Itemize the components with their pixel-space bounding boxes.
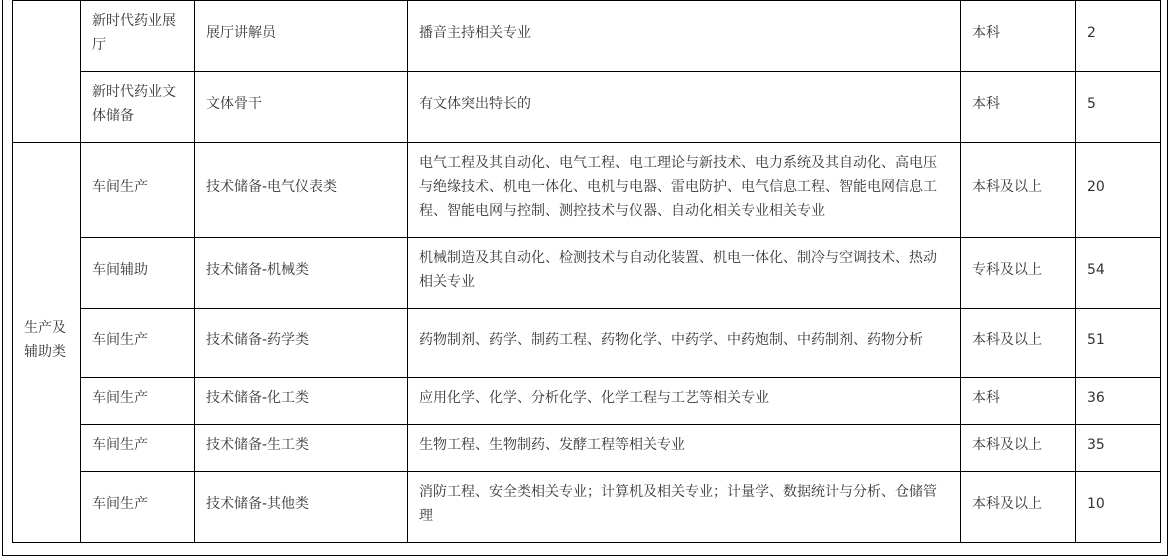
job-title-cell: 技术储备-药学类	[195, 309, 408, 378]
position-area-cell: 车间生产	[81, 472, 195, 543]
education-cell: 本科及以上	[961, 309, 1076, 378]
position-area-cell: 车间辅助	[81, 238, 195, 309]
major-cell: 生物工程、生物制药、发酵工程等相关专业	[408, 425, 961, 472]
job-title-cell: 文体骨干	[195, 72, 408, 143]
dept-cell-continued	[13, 1, 81, 143]
headcount-cell: 36	[1076, 378, 1161, 425]
job-title-cell: 技术储备-生工类	[195, 425, 408, 472]
major-cell: 机械制造及其自动化、检测技术与自动化装置、机电一体化、制冷与空调技术、热动相关专…	[408, 238, 961, 309]
headcount-cell: 54	[1076, 238, 1161, 309]
position-area-cell: 车间生产	[81, 378, 195, 425]
table-row: 新时代药业文体储备 文体骨干 有文体突出特长的 本科 5	[13, 72, 1161, 143]
education-cell: 本科	[961, 1, 1076, 72]
headcount-cell: 2	[1076, 1, 1161, 72]
education-cell: 本科	[961, 72, 1076, 143]
major-cell: 有文体突出特长的	[408, 72, 961, 143]
major-cell: 应用化学、化学、分析化学、化学工程与工艺等相关专业	[408, 378, 961, 425]
education-cell: 专科及以上	[961, 238, 1076, 309]
education-cell: 本科及以上	[961, 143, 1076, 238]
position-area-cell: 新时代药业文体储备	[81, 72, 195, 143]
table-row: 新时代药业展厅 展厅讲解员 播音主持相关专业 本科 2	[13, 1, 1161, 72]
headcount-cell: 10	[1076, 472, 1161, 543]
table-row: 车间生产 技术储备-药学类 药物制剂、药学、制药工程、药物化学、中药学、中药炮制…	[13, 309, 1161, 378]
recruitment-table: 新时代药业展厅 展厅讲解员 播音主持相关专业 本科 2 新时代药业文体储备 文体…	[12, 0, 1161, 543]
education-cell: 本科及以上	[961, 472, 1076, 543]
position-area-cell: 车间生产	[81, 143, 195, 238]
job-title-cell: 技术储备-机械类	[195, 238, 408, 309]
table-row: 车间生产 技术储备-化工类 应用化学、化学、分析化学、化学工程与工艺等相关专业 …	[13, 378, 1161, 425]
table-row: 生产及辅助类 车间生产 技术储备-电气仪表类 电气工程及其自动化、电气工程、电工…	[13, 143, 1161, 238]
dept-cell: 生产及辅助类	[13, 143, 81, 543]
job-title-cell: 技术储备-其他类	[195, 472, 408, 543]
major-cell: 播音主持相关专业	[408, 1, 961, 72]
position-area-cell: 车间生产	[81, 309, 195, 378]
headcount-cell: 35	[1076, 425, 1161, 472]
job-title-cell: 技术储备-化工类	[195, 378, 408, 425]
table-row: 车间生产 技术储备-其他类 消防工程、安全类相关专业；计算机及相关专业；计量学、…	[13, 472, 1161, 543]
table-row: 车间辅助 技术储备-机械类 机械制造及其自动化、检测技术与自动化装置、机电一体化…	[13, 238, 1161, 309]
education-cell: 本科	[961, 378, 1076, 425]
position-area-cell: 新时代药业展厅	[81, 1, 195, 72]
job-title-cell: 技术储备-电气仪表类	[195, 143, 408, 238]
major-cell: 消防工程、安全类相关专业；计算机及相关专业；计量学、数据统计与分析、仓储管理	[408, 472, 961, 543]
job-title-cell: 展厅讲解员	[195, 1, 408, 72]
headcount-cell: 5	[1076, 72, 1161, 143]
major-cell: 药物制剂、药学、制药工程、药物化学、中药学、中药炮制、中药制剂、药物分析	[408, 309, 961, 378]
table-row: 车间生产 技术储备-生工类 生物工程、生物制药、发酵工程等相关专业 本科及以上 …	[13, 425, 1161, 472]
headcount-cell: 51	[1076, 309, 1161, 378]
major-cell: 电气工程及其自动化、电气工程、电工理论与新技术、电力系统及其自动化、高电压与绝缘…	[408, 143, 961, 238]
position-area-cell: 车间生产	[81, 425, 195, 472]
education-cell: 本科及以上	[961, 425, 1076, 472]
headcount-cell: 20	[1076, 143, 1161, 238]
